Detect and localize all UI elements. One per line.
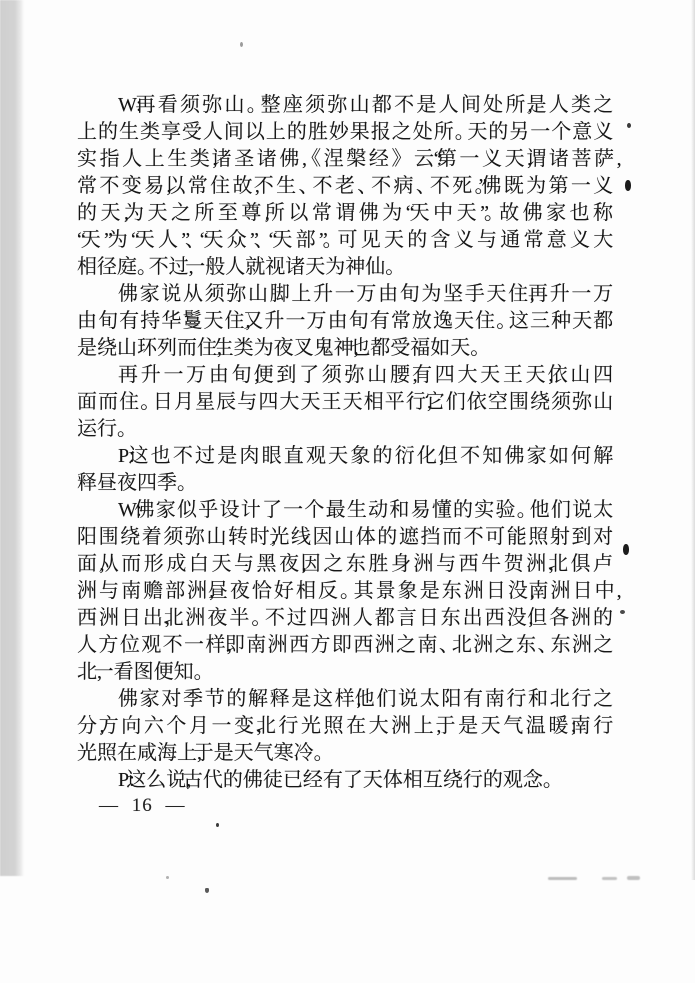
text-line: 北,一看图便知。 bbox=[77, 659, 613, 686]
paragraph: P:这也不过是肉眼直观天象的衍化,但不知佛家如何解释昼夜四季。 bbox=[77, 443, 613, 497]
text-line: W:佛家似乎设计了一个最生动和易懂的实验。他们说太 bbox=[77, 497, 613, 524]
paragraph: W:佛家似乎设计了一个最生动和易懂的实验。他们说太阳围绕着须弥山转时,光线因山体… bbox=[77, 497, 613, 686]
text-line: 常不变易,以常住故,不生、不老、不病、不死。”佛既为第一义 bbox=[77, 173, 613, 200]
text-line: 光照在咸海上,于是天气寒冷。 bbox=[77, 740, 613, 767]
scan-gutter-shadow bbox=[0, 0, 24, 876]
text-line: 上的生类享受人间以上的胜妙果报之处所。天的另一个意义 bbox=[77, 119, 613, 146]
text-line: “天”为“天人”、“天众”、“天部”。可见天的含义与通常意义大 bbox=[77, 227, 613, 254]
paragraph: W:再看须弥山。整座须弥山都不是人间处所,是人类之上的生类享受人间以上的胜妙果报… bbox=[77, 92, 613, 281]
text-line: 西洲日出,北洲夜半。不过四洲人都言日东出西没,但各洲的 bbox=[77, 605, 613, 632]
text-line: 实指人上生类,诸圣诸佛,《涅槃经》云:“第一义天,谓诸菩萨, bbox=[77, 146, 613, 173]
paragraph: P:这么说,古代的佛徒已经有了天体相互绕行的观念。 bbox=[77, 767, 613, 794]
pencil-mark bbox=[602, 877, 617, 880]
scan-speck bbox=[627, 123, 631, 128]
page-text: W:再看须弥山。整座须弥山都不是人间处所,是人类之上的生类享受人间以上的胜妙果报… bbox=[77, 92, 613, 794]
scan-speck bbox=[205, 888, 209, 893]
text-line: 再升一万由旬,便到了须弥山腰,有四大天王天,依山四 bbox=[77, 362, 613, 389]
text-line: W:再看须弥山。整座须弥山都不是人间处所,是人类之 bbox=[77, 92, 613, 119]
pencil-mark bbox=[627, 876, 640, 880]
scan-right-edge-shadow bbox=[691, 0, 695, 880]
text-line: 分,方向六个月一变,北行光照在大洲上,于是天气温暖;南行 bbox=[77, 713, 613, 740]
text-line: 由旬有持华鬘天住,又升一万由旬有常放逸天住。这三种天都 bbox=[77, 308, 613, 335]
text-line: 佛家对季节的解释是这样,他们说太阳有南行和北行之 bbox=[77, 686, 613, 713]
text-line: 是绕山环列而住,生类为夜叉鬼神,也都受福如天。 bbox=[77, 335, 613, 362]
text-line: 面而住。日月星辰与四大天王天相平行,它们依空围绕须弥山 bbox=[77, 389, 613, 416]
paragraph: 佛家对季节的解释是这样,他们说太阳有南行和北行之分,方向六个月一变,北行光照在大… bbox=[77, 686, 613, 767]
text-line: 相径庭。不过,一般人就视诸天为神仙。 bbox=[77, 254, 613, 281]
paragraph: 佛家说从须弥山脚上升一万由旬为坚手天住,再升一万由旬有持华鬘天住,又升一万由旬有… bbox=[77, 281, 613, 362]
text-line: 面,从而形成白天与黑夜,因之东胜身洲与西牛贺洲,北俱卢 bbox=[77, 551, 613, 578]
text-line: 阳围绕着须弥山转时,光线因山体的遮挡而不可能照射到对 bbox=[77, 524, 613, 551]
scan-speck bbox=[240, 42, 243, 47]
text-line: 的天,为天之所至尊,所以常谓佛为“天中天”。故佛家也称 bbox=[77, 200, 613, 227]
text-line: 佛家说从须弥山脚上升一万由旬为坚手天住,再升一万 bbox=[77, 281, 613, 308]
text-line: 洲与南赡部洲,昼夜恰好相反。其景象是东洲日没,南洲日中, bbox=[77, 578, 613, 605]
ink-speck bbox=[623, 544, 629, 555]
ink-speck bbox=[625, 180, 631, 191]
scan-speck bbox=[620, 610, 625, 614]
text-line: P:这么说,古代的佛徒已经有了天体相互绕行的观念。 bbox=[77, 767, 613, 794]
scan-speck bbox=[216, 823, 219, 827]
scan-speck bbox=[166, 876, 169, 879]
pencil-mark bbox=[548, 877, 577, 880]
text-line: P:这也不过是肉眼直观天象的衍化,但不知佛家如何解 bbox=[77, 443, 613, 470]
paragraph: 再升一万由旬,便到了须弥山腰,有四大天王天,依山四面而住。日月星辰与四大天王天相… bbox=[77, 362, 613, 443]
text-line: 释昼夜四季。 bbox=[77, 470, 613, 497]
text-line: 运行。 bbox=[77, 416, 613, 443]
text-line: 人方位观不一样,即南洲西方即西洲之南、北洲之东、东洲之 bbox=[77, 632, 613, 659]
page-number: — 16 — bbox=[99, 795, 186, 817]
